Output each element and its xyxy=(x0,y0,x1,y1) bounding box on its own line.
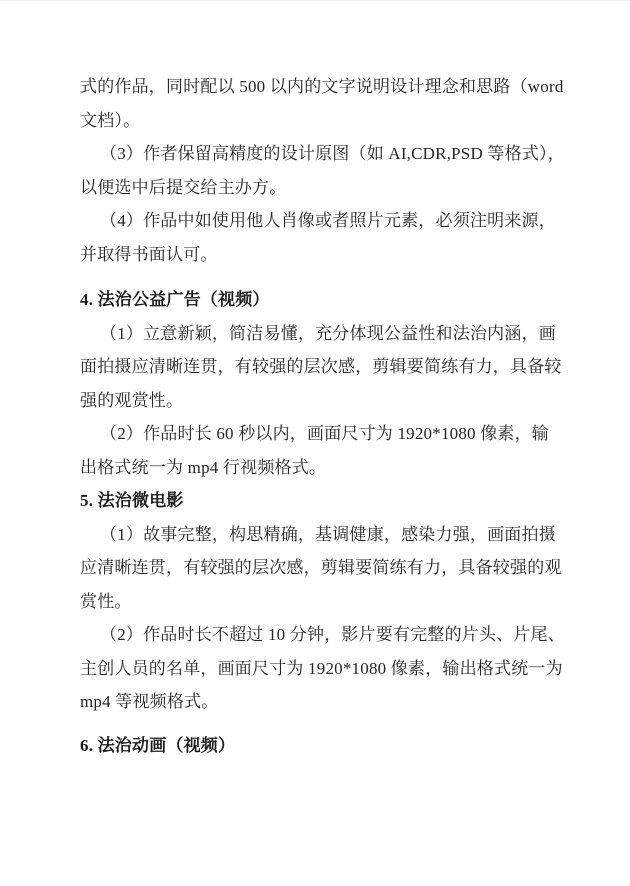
section-heading-4: 4. 法治公益广告（视频） xyxy=(80,283,560,317)
paragraph-section5-item-1: （1）故事完整，构思精确，基调健康，感染力强，画面拍摄 应清晰连贯，有较强的层次… xyxy=(80,518,560,619)
document-page: 式的作品，同时配以 500 以内的文字说明设计理念和思路（word 文档）。 （… xyxy=(0,0,630,886)
text-line: 主创人员的名单，画面尺寸为 1920*1080 像素，输出格式统一为 xyxy=(80,652,560,686)
text-line: mp4 等视频格式。 xyxy=(80,685,560,719)
section-heading-6: 6. 法治动画（视频） xyxy=(80,729,560,763)
text-line: （3）作者保留高精度的设计原图（如 AI,CDR,PSD 等格式）， xyxy=(80,137,560,171)
paragraph-section4-item-2: （2）作品时长 60 秒以内，画面尺寸为 1920*1080 像素，输 出格式统… xyxy=(80,417,560,484)
text-line: （1）故事完整，构思精确，基调健康，感染力强，画面拍摄 xyxy=(80,518,560,552)
text-line: 面拍摄应清晰连贯，有较强的层次感，剪辑要简练有力，具备较 xyxy=(80,350,560,384)
text-line: 出格式统一为 mp4 行视频格式。 xyxy=(80,451,560,485)
text-line: 以便选中后提交给主办方。 xyxy=(80,171,560,205)
text-line: 并取得书面认可。 xyxy=(80,238,560,272)
paragraph-continuation: 式的作品，同时配以 500 以内的文字说明设计理念和思路（word 文档）。 xyxy=(80,70,560,137)
text-line: （2）作品时长 60 秒以内，画面尺寸为 1920*1080 像素，输 xyxy=(80,417,560,451)
text-line: 式的作品，同时配以 500 以内的文字说明设计理念和思路（word xyxy=(80,70,560,104)
text-line: （2）作品时长不超过 10 分钟，影片要有完整的片头、片尾、 xyxy=(80,618,560,652)
section-heading-5: 5. 法治微电影 xyxy=(80,484,560,518)
text-line: （1）立意新颖，简洁易懂，充分体现公益性和法治内涵，画 xyxy=(80,317,560,351)
text-line: 强的观赏性。 xyxy=(80,384,560,418)
text-line: 文档）。 xyxy=(80,104,560,138)
text-line: 赏性。 xyxy=(80,585,560,619)
paragraph-item-4: （4）作品中如使用他人肖像或者照片元素，必须注明来源， 并取得书面认可。 xyxy=(80,204,560,271)
paragraph-section4-item-1: （1）立意新颖，简洁易懂，充分体现公益性和法治内涵，画 面拍摄应清晰连贯，有较强… xyxy=(80,317,560,418)
text-line: （4）作品中如使用他人肖像或者照片元素，必须注明来源， xyxy=(80,204,560,238)
paragraph-item-3: （3）作者保留高精度的设计原图（如 AI,CDR,PSD 等格式）， 以便选中后… xyxy=(80,137,560,204)
text-line: 应清晰连贯，有较强的层次感，剪辑要简练有力，具备较强的观 xyxy=(80,551,560,585)
paragraph-section5-item-2: （2）作品时长不超过 10 分钟，影片要有完整的片头、片尾、 主创人员的名单，画… xyxy=(80,618,560,719)
